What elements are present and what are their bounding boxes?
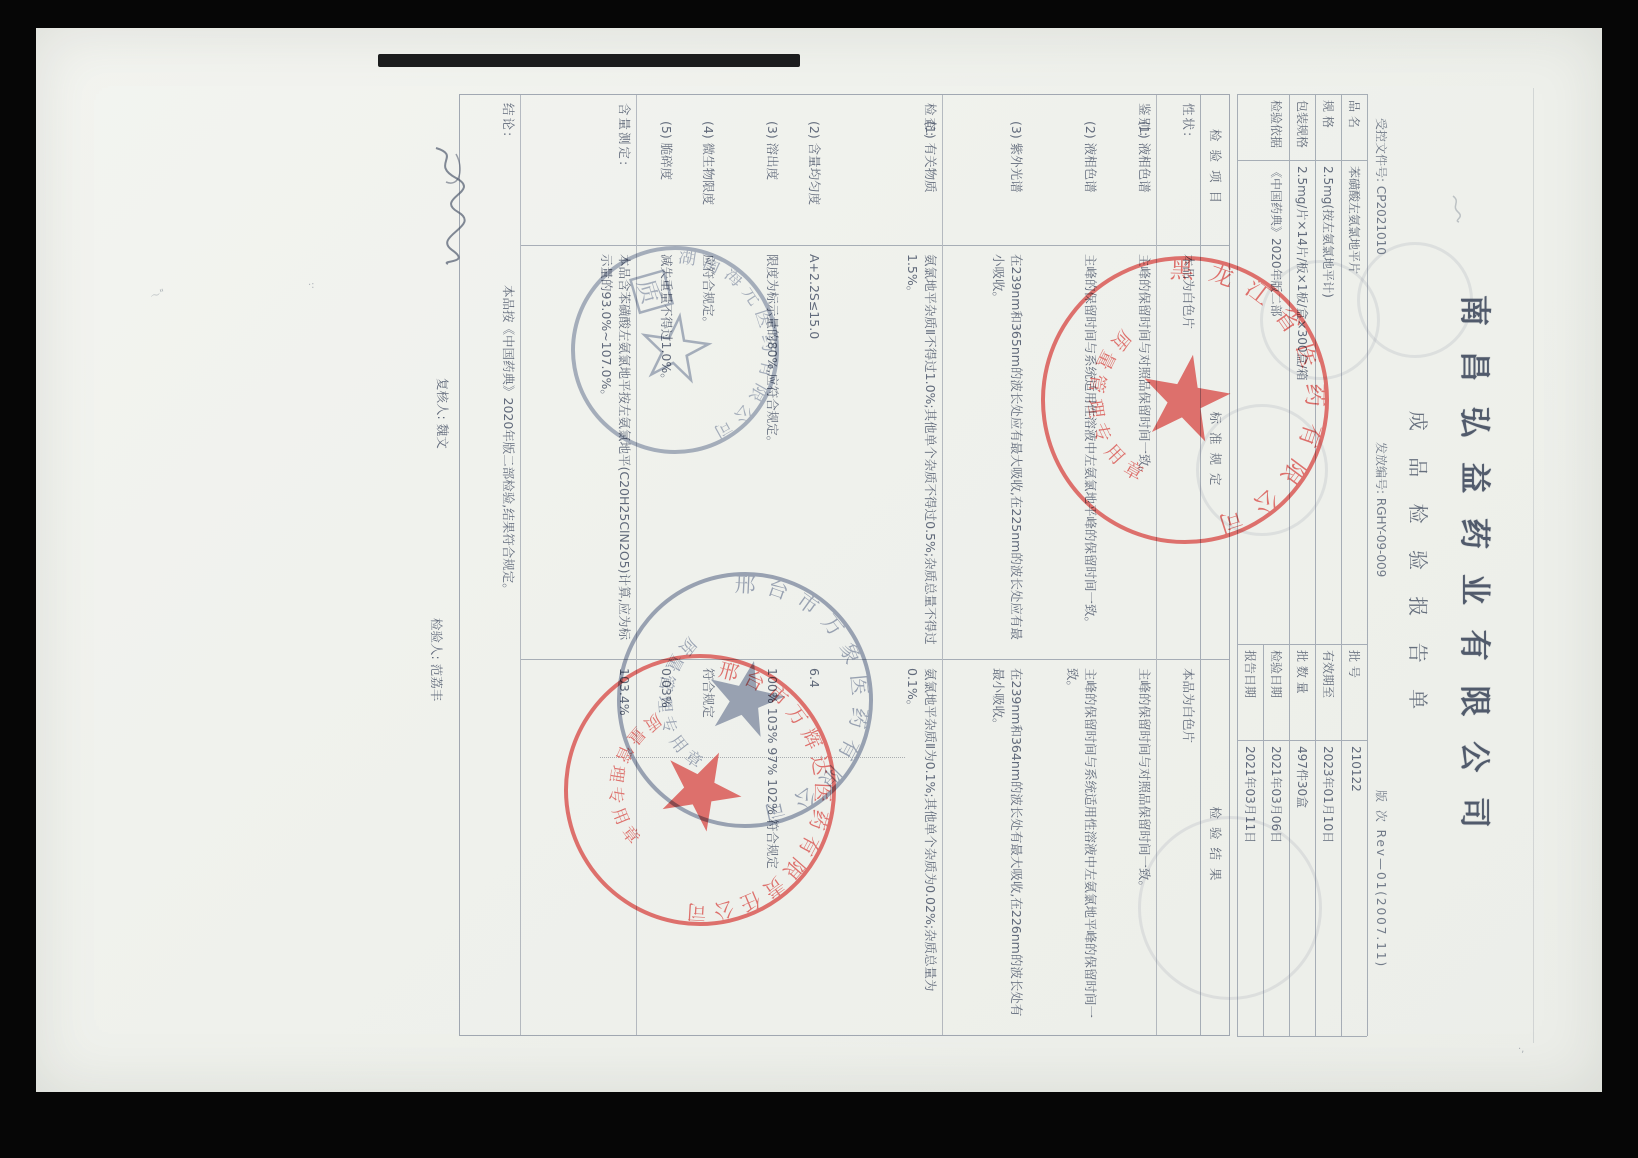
hunan-company-stamp: 湖南海元医药有限公司 质: [548, 223, 803, 478]
batch-qty-value: 497件30盒: [1289, 741, 1315, 1037]
inspector-label: 检验人:: [429, 618, 444, 660]
conclusion-row: 结论: 本品按《中国药典》2020年版二部检验,结果符合规定。: [460, 95, 520, 1035]
product-name-label: 品 名: [1341, 95, 1367, 161]
stamp-inner-text: 质量管理专用章: [595, 703, 668, 855]
pack-spec-label: 包装规格: [1289, 95, 1315, 161]
svg-text:质量管理专用章: 质量管理专用章: [1073, 324, 1156, 497]
table-header-row: 检验项目 标准规定 检验结果: [1200, 95, 1229, 1035]
issue-no-label: 发放编号:: [1374, 442, 1388, 494]
table-row: 性状: 本品为白色片 本品为白色片: [1156, 95, 1200, 1035]
expiry-label: 有效期至: [1315, 645, 1341, 741]
report-date-value: 2021年03月11日: [1237, 741, 1263, 1037]
handwritten-signature-icon: [423, 138, 468, 268]
pencil-dots: ·:: [308, 280, 315, 291]
spec-label: 规 格: [1315, 95, 1341, 161]
doc-no-label: 受控文件号:: [1374, 118, 1388, 182]
col-header-result: 检验结果: [1201, 659, 1229, 1035]
scanned-paper: 〜" ·: ·, 南 昌 弘 益 药 业 有 限 公 司 成 品 检 验 报 告…: [36, 28, 1602, 1092]
test-date-label: 检验日期: [1263, 645, 1289, 741]
svg-text:质量管理专用章: 质量管理专用章: [595, 703, 668, 855]
test-date-value: 2021年03月06日: [1263, 741, 1289, 1037]
result-cell: 在239nm和364nm的波长处有最大吸收,在226nm的波长处有最小吸收。: [943, 659, 1028, 1035]
paper-speck: ·,: [1518, 1044, 1524, 1055]
stamp-inner-text: 质量管理专用章: [1073, 324, 1156, 497]
item-label: (2) 含量均匀度: [805, 121, 823, 237]
conclusion-label: 结论:: [499, 103, 517, 138]
group-label: 性状:: [1179, 103, 1197, 138]
checker-label: 复核人:: [435, 378, 450, 420]
batch-no-value: 210122: [1341, 741, 1367, 1037]
version-label: 版 次: [1374, 790, 1388, 824]
group-label: 检查:: [921, 103, 939, 138]
expiry-value: 2023年01月10日: [1315, 741, 1341, 1037]
inspector-name: 范荔丰: [429, 664, 444, 702]
report-title: 成 品 检 验 报 告 单: [1405, 90, 1434, 1040]
report-date-label: 报告日期: [1237, 645, 1263, 741]
item-label: (2) 液相色谱: [1081, 121, 1099, 237]
standard-cell: 在239nm和365nm的波长处应有最大吸收,在225nm的波长处应有最小吸收。: [943, 245, 1028, 659]
result-cell: 主峰的保留时间与系统适用性溶液中左氨氯地平峰的保留时间一致。: [1028, 659, 1102, 1035]
item-label: (3) 紫外光谱: [1007, 121, 1025, 237]
doc-no-value: CP2021010: [1374, 186, 1388, 255]
company-title: 南 昌 弘 益 药 业 有 限 公 司: [1455, 90, 1500, 1040]
heilongjiang-company-stamp: 黑龙江省医药有限公司 质量管理专用章: [1016, 231, 1355, 570]
scan-artifact-strip: [378, 54, 800, 67]
conclusion-text: 本品按《中国药典》2020年版二部检验,结果符合规定。: [460, 245, 520, 1035]
table-row: 鉴别:(1) 液相色谱 主峰的保留时间与对照品保留时间一致。 主峰的保留时间与对…: [1102, 95, 1156, 1035]
checker-name: 魏文: [435, 424, 450, 449]
batch-qty-label: 批 数 量: [1289, 645, 1315, 741]
item-label: (1) 有关物质: [921, 121, 939, 237]
xingtai-red-company-stamp: 邢台市万辉达医药有限责任公司 质量管理专用章: [538, 628, 863, 953]
item-label: (3) 溶出度: [763, 121, 781, 237]
item-label: (5) 脆碎度: [657, 121, 675, 237]
result-cell: 主峰的保留时间与对照品保留时间一致。: [1102, 659, 1156, 1035]
basis-label: 检验依据: [1237, 95, 1289, 161]
item-label: (4) 微生物限度: [699, 121, 717, 237]
pencil-mark: 〜": [148, 284, 167, 303]
inspection-report-document: 南 昌 弘 益 药 业 有 限 公 司 成 品 检 验 报 告 单 受控文件号:…: [430, 90, 1530, 1040]
group-label: 含量测定:: [615, 103, 633, 167]
product-name-value: 苯磺酸左氨氯地平片: [1341, 161, 1367, 645]
version-value: Rev—01(2007.11): [1374, 830, 1388, 969]
group-label: 鉴别:: [1135, 103, 1153, 138]
paper-edge-line: [1533, 88, 1534, 1043]
issue-no-value: RGHY-09-009: [1374, 498, 1388, 577]
batch-no-label: 批 号: [1341, 645, 1367, 741]
table-row: (3) 紫外光谱 在239nm和365nm的波长处应有最大吸收,在225nm的波…: [942, 95, 1028, 1035]
item-label: (1) 液相色谱: [1135, 121, 1153, 237]
result-cell: 本品为白色片: [1157, 659, 1200, 1035]
col-header-item: 检验项目: [1201, 95, 1229, 245]
